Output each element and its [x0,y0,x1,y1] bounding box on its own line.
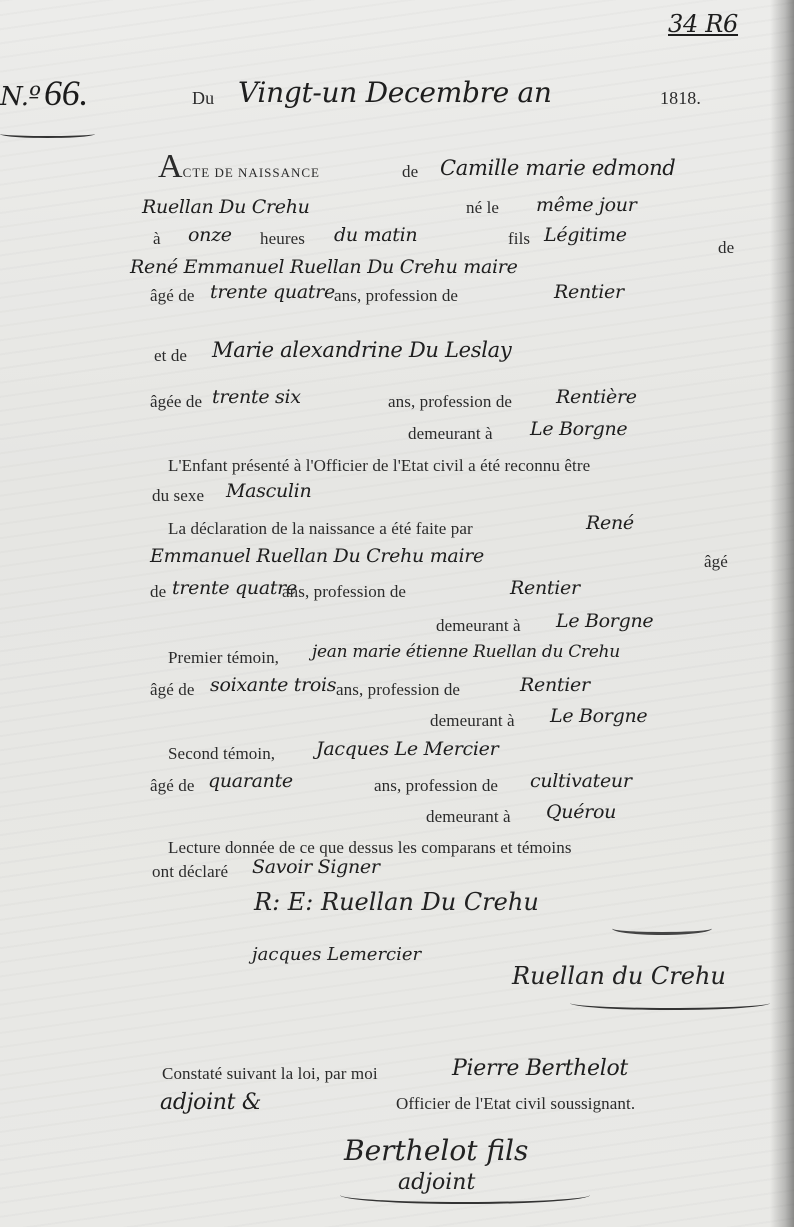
declarant-de: de [150,582,166,602]
father-age-label: âgé de [150,286,195,306]
mother-age: trente six [212,386,301,408]
corner-reference: 34 R6 [668,10,738,38]
act-de: de [402,162,418,182]
closing-line1: Constaté suivant la loi, par moi [162,1064,378,1084]
signature-witness1-flourish [570,996,770,1010]
reading-line1: Lecture donnée de ce que dessus les comp… [168,838,572,858]
child-sex: Masculin [226,480,311,502]
record-number-label: N.º [0,82,41,112]
declarant-age: trente quatre [172,577,297,599]
witness1-residence: Le Borgne [550,705,647,727]
signature-father-flourish [612,922,712,935]
officer-signature: Berthelot fils [344,1134,528,1167]
witness2-name: Jacques Le Mercier [316,738,498,760]
declarant-age-label: âgé [704,552,728,572]
declarant-profession: Rentier [510,577,580,599]
et-de-label: et de [154,346,187,366]
signature-father: R: E: Ruellan Du Crehu [254,888,539,916]
ne-le: né le [466,198,499,218]
legitimacy: Légitime [544,224,627,246]
declaration-text: La déclaration de la naissance a été fai… [168,519,473,539]
mother-profession: Rentière [556,386,637,408]
child-name-line1: Camille marie edmond [440,156,675,180]
witness1-age-label: âgé de [150,680,195,700]
father-name: René Emmanuel Ruellan Du Crehu maire [130,256,518,278]
child-name-line2: Ruellan Du Crehu [142,196,310,218]
mother-profession-label: ans, profession de [388,392,512,412]
witness1-name: jean marie étienne Ruellan du Crehu [312,642,620,662]
officer-signature-flourish [340,1186,590,1204]
heures-label: heures [260,229,305,249]
reading-line2-label: ont déclaré [152,862,228,882]
sex-statement: L'Enfant présenté à l'Officier de l'Etat… [168,456,590,476]
time-of-day: du matin [334,224,417,246]
witness2-residence: Quérou [546,801,616,823]
signature-witness1: Ruellan du Crehu [512,962,726,990]
declarant-name-line1: René [586,512,634,534]
date-du: Du [192,88,214,109]
declarant-profession-label: ans, profession de [282,582,406,602]
witness2-label: Second témoin, [168,744,275,764]
closing-line2: Officier de l'Etat civil soussignant. [396,1094,635,1114]
birth-day: même jour [536,194,637,216]
mother-name: Marie alexandrine Du Leslay [212,338,511,362]
act-title: ACTE DE NAISSANCE [158,148,320,186]
officer-name: Pierre Berthelot [452,1056,628,1081]
margin-flourish [0,130,95,138]
witness2-profession: cultivateur [530,770,632,792]
declarant-residence: Le Borgne [556,610,653,632]
de-father-label: de [718,238,734,258]
reading-line2-hand: Savoir Signer [252,856,380,878]
a-label: à [153,229,161,249]
father-profession-label: ans, profession de [334,286,458,306]
parents-residence-label: demeurant à [408,424,493,444]
declarant-residence-label: demeurant à [436,616,521,636]
declarant-name-line2: Emmanuel Ruellan Du Crehu maire [150,545,484,567]
witness2-age-label: âgé de [150,776,195,796]
witness1-residence-label: demeurant à [430,711,515,731]
witness2-residence-label: demeurant à [426,807,511,827]
father-age: trente quatre [210,281,335,303]
signature-witness2: jacques Lemercier [252,944,421,965]
father-profession: Rentier [554,281,624,303]
witness1-profession-label: ans, profession de [336,680,460,700]
fils-label: fils [508,229,530,249]
witness1-profession: Rentier [520,674,590,696]
witness2-profession-label: ans, profession de [374,776,498,796]
mother-age-label: âgée de [150,392,202,412]
record-number: 66. [44,72,88,114]
officer-role: adjoint & [160,1090,261,1115]
witness1-age: soixante trois [210,674,336,696]
witness2-age: quarante [208,770,293,792]
du-sexe-label: du sexe [152,486,204,506]
date-handwritten: Vingt-un Decembre an [238,76,552,109]
witness1-label: Premier témoin, [168,648,279,668]
birth-hour: onze [188,224,232,246]
civil-record-page: 34 R6 N.º 66. Du Vingt-un Decembre an 18… [0,0,794,1227]
parents-residence: Le Borgne [530,418,627,440]
date-year: 1818. [660,88,701,109]
